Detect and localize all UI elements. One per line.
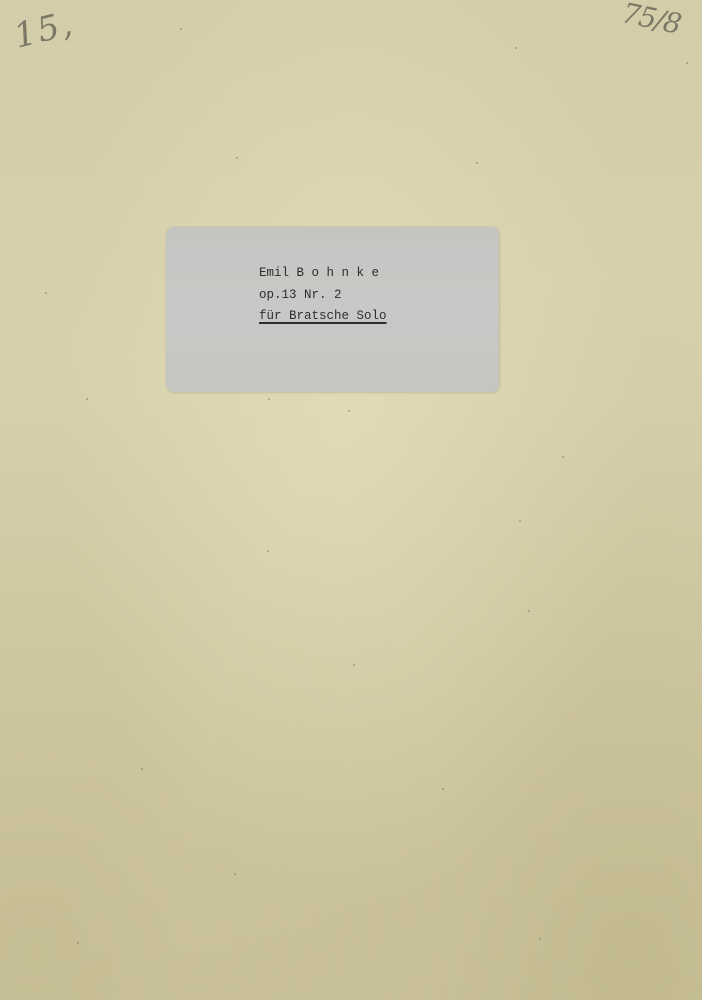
opus-number: op.13 Nr. 2 xyxy=(259,285,387,307)
paper-speck xyxy=(268,398,270,400)
paper-speck xyxy=(141,768,143,770)
paper-speck xyxy=(86,398,88,400)
composer-name: Emil B o h n k e xyxy=(259,263,387,285)
paper-speck xyxy=(45,292,47,294)
paper-speck xyxy=(236,157,238,159)
cover-page: 15, 75/8 Emil B o h n k e op.13 Nr. 2 fü… xyxy=(0,0,702,1000)
paper-speck xyxy=(234,873,236,875)
paper-speck xyxy=(686,62,688,64)
paper-speck xyxy=(348,410,350,412)
paper-speck xyxy=(353,664,355,666)
paper-speck xyxy=(562,456,564,458)
paper-speck xyxy=(267,550,269,552)
handwritten-note-top-left: 15, xyxy=(10,3,78,56)
paper-speck xyxy=(442,788,444,790)
paper-speck xyxy=(476,162,478,164)
title-label: Emil B o h n k e op.13 Nr. 2 für Bratsch… xyxy=(166,227,499,392)
paper-speck xyxy=(77,942,79,944)
paper-speck xyxy=(519,520,521,522)
instrumentation: für Bratsche Solo xyxy=(259,306,387,328)
paper-speck xyxy=(180,28,182,30)
paper-speck xyxy=(515,47,517,49)
label-text-block: Emil B o h n k e op.13 Nr. 2 für Bratsch… xyxy=(259,263,387,328)
handwritten-note-top-right: 75/8 xyxy=(619,0,683,41)
paper-speck xyxy=(528,610,530,612)
paper-speck xyxy=(539,938,541,940)
